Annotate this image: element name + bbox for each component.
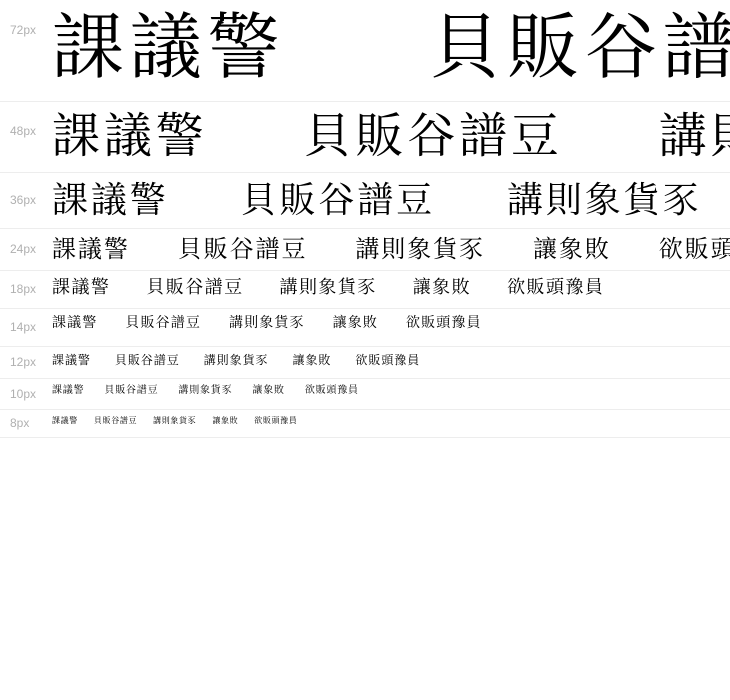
sample-group: 讓象敗 xyxy=(293,353,332,367)
sample-group: 讓象敗 xyxy=(212,416,238,425)
font-size-label: 14px xyxy=(10,320,36,334)
sample-text-line: 課議警貝販谷譜豆講則象貨豕讓象敗欲販頭豫員 xyxy=(52,179,730,222)
sample-group: 貝販谷譜豆 xyxy=(125,315,201,331)
sample-group: 課議警 xyxy=(52,108,208,164)
font-size-label: 48px xyxy=(10,124,36,138)
sample-text-line: 課議警貝販谷譜豆講則象貨豕讓象敗欲販頭豫員 xyxy=(52,315,730,340)
sample-group: 課議警 xyxy=(52,416,78,425)
sample-group: 讓象敗 xyxy=(533,235,611,263)
font-size-label: 18px xyxy=(10,282,36,296)
sample-group: 講則象貨豕 xyxy=(229,315,305,331)
waterfall-row-8px: 8px 課議警貝販谷譜豆講則象貨豕讓象敗欲販頭豫員 xyxy=(0,410,730,438)
sample-group: 講則象貨豕 xyxy=(178,385,232,396)
sample-group: 貝販谷譜豆 xyxy=(115,353,180,367)
sample-group: 讓象敗 xyxy=(252,385,284,396)
sample-group: 講則象貨豕 xyxy=(204,353,269,367)
waterfall-row-10px: 10px 課議警貝販谷譜豆講則象貨豕讓象敗欲販頭豫員 xyxy=(0,379,730,410)
sample-group: 貝販谷譜豆 xyxy=(241,180,435,221)
waterfall-row-36px: 36px 課議警貝販谷譜豆講則象貨豕讓象敗欲販頭豫員 xyxy=(0,173,730,229)
sample-group: 欲販頭豫員 xyxy=(305,385,359,396)
sample-group: 讓象敗 xyxy=(413,277,471,298)
sample-text-line: 課議警貝販谷譜豆講則象貨豕讓象敗欲販頭豫員 xyxy=(52,235,730,264)
waterfall-row-18px: 18px 課議警貝販谷譜豆講則象貨豕讓象敗欲販頭豫員 xyxy=(0,271,730,309)
sample-group: 講則象貨豕 xyxy=(355,235,485,263)
waterfall-row-72px: 72px 課議警貝販谷譜豆講則象貨豕讓象敗欲販頭豫員 xyxy=(0,0,730,102)
sample-group: 課議警 xyxy=(52,385,84,396)
sample-group: 欲販頭豫員 xyxy=(659,235,730,263)
font-size-label: 12px xyxy=(10,355,36,369)
sample-group: 課議警 xyxy=(52,315,97,331)
sample-group: 欲販頭豫員 xyxy=(406,315,482,331)
sample-group: 課議警 xyxy=(52,353,91,367)
sample-group: 講則象貨豕 xyxy=(507,180,701,221)
sample-text-line: 課議警貝販谷譜豆講則象貨豕讓象敗欲販頭豫員 xyxy=(52,0,730,95)
sample-group: 講則象貨豕 xyxy=(153,416,196,425)
sample-group: 貝販谷譜豆 xyxy=(94,416,137,425)
font-size-label: 8px xyxy=(10,416,29,430)
font-waterfall-preview: 72px 課議警貝販谷譜豆講則象貨豕讓象敗欲販頭豫員 48px 課議警貝販谷譜豆… xyxy=(0,0,730,438)
font-size-label: 36px xyxy=(10,193,36,207)
sample-group: 讓象敗 xyxy=(333,315,378,331)
sample-group: 課議警 xyxy=(52,5,285,89)
font-size-label: 72px xyxy=(10,23,36,37)
waterfall-row-48px: 48px 課議警貝販谷譜豆講則象貨豕讓象敗欲販頭豫員 xyxy=(0,102,730,173)
sample-group: 貝販谷譜豆 xyxy=(304,108,563,164)
sample-group: 欲販頭豫員 xyxy=(254,416,297,425)
waterfall-row-24px: 24px 課議警貝販谷譜豆講則象貨豕讓象敗欲販頭豫員 xyxy=(0,229,730,271)
sample-group: 欲販頭豫員 xyxy=(507,277,604,298)
sample-group: 貝販谷譜豆 xyxy=(429,5,730,89)
sample-group: 課議警 xyxy=(52,180,169,221)
sample-group: 欲販頭豫員 xyxy=(355,353,420,367)
font-size-label: 24px xyxy=(10,242,36,256)
sample-text-line: 課議警貝販谷譜豆講則象貨豕讓象敗欲販頭豫員 xyxy=(52,385,730,403)
sample-group: 課議警 xyxy=(52,235,130,263)
sample-group: 貝販谷譜豆 xyxy=(146,277,243,298)
waterfall-row-14px: 14px 課議警貝販谷譜豆講則象貨豕讓象敗欲販頭豫員 xyxy=(0,309,730,347)
sample-group: 講則象貨豕 xyxy=(659,108,730,164)
font-size-label: 10px xyxy=(10,387,36,401)
sample-text-line: 課議警貝販谷譜豆講則象貨豕讓象敗欲販頭豫員 xyxy=(52,353,730,372)
sample-text-line: 課議警貝販谷譜豆講則象貨豕讓象敗欲販頭豫員 xyxy=(52,277,730,302)
sample-group: 貝販谷譜豆 xyxy=(178,235,308,263)
sample-group: 講則象貨豕 xyxy=(280,277,377,298)
sample-group: 貝販谷譜豆 xyxy=(104,385,158,396)
sample-group: 課議警 xyxy=(52,277,110,298)
sample-text-line: 課議警貝販谷譜豆講則象貨豕讓象敗欲販頭豫員 xyxy=(52,416,730,431)
waterfall-row-12px: 12px 課議警貝販谷譜豆講則象貨豕讓象敗欲販頭豫員 xyxy=(0,347,730,379)
sample-text-line: 課議警貝販谷譜豆講則象貨豕讓象敗欲販頭豫員 xyxy=(52,108,730,166)
